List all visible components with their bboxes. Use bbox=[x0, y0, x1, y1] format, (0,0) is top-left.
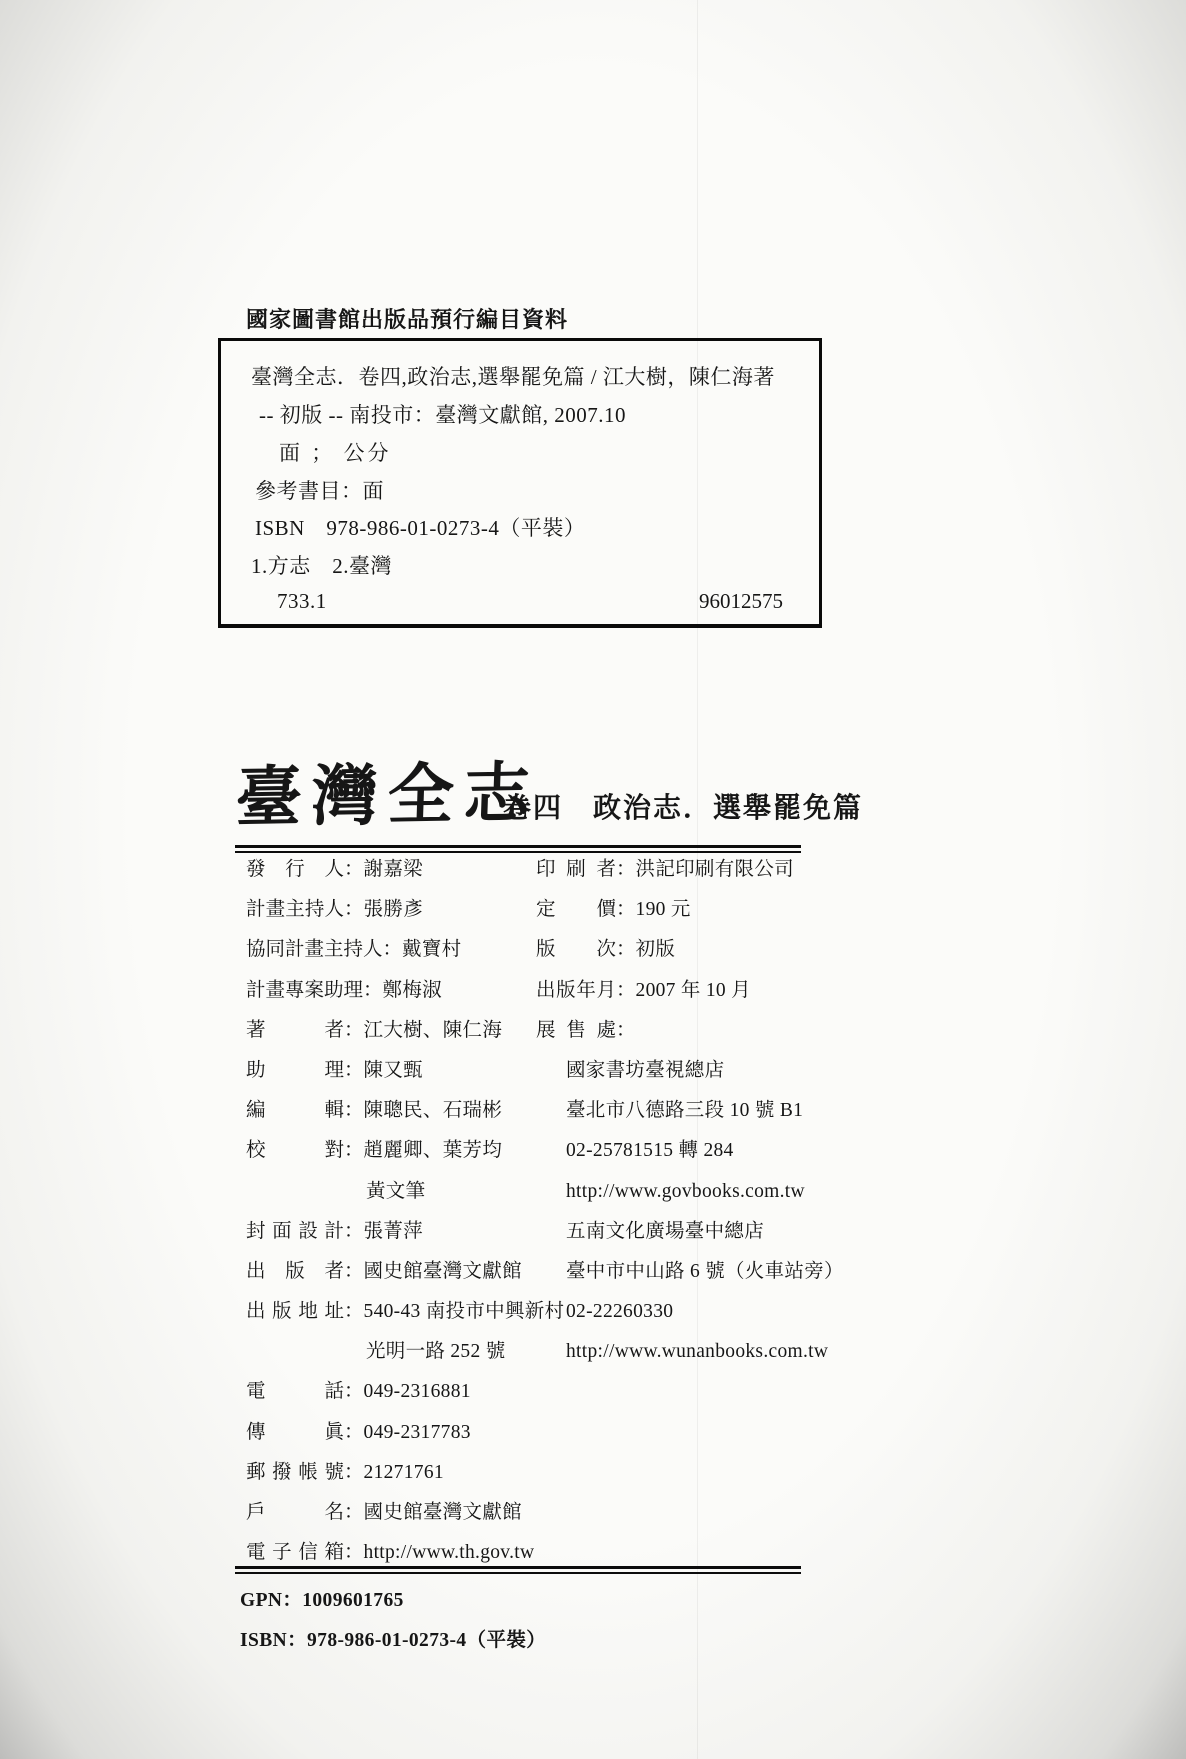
field-label: 出版者 bbox=[246, 1258, 344, 1286]
field-label: 計畫主持人 bbox=[246, 896, 344, 924]
row-publisher-address: 出版地址：540-43 南投市中興新村 bbox=[246, 1298, 538, 1338]
field-value: 049-2316881 bbox=[364, 1378, 471, 1406]
book-title-calligraphy: 臺灣全志 bbox=[234, 739, 541, 839]
field-value: 謝嘉梁 bbox=[364, 856, 423, 884]
field-label: 校對 bbox=[246, 1137, 344, 1165]
field-value: 戴寶村 bbox=[402, 936, 461, 964]
field-value: 國史館臺灣文獻館 bbox=[364, 1499, 522, 1527]
field-label: 出版地址 bbox=[246, 1298, 344, 1326]
row-outlet2-name: 五南文化廣場臺中總店 bbox=[536, 1218, 836, 1258]
row-publisher-org: 出版者：國史館臺灣文獻館 bbox=[246, 1258, 538, 1298]
volume-subtitle: 卷四 政治志．選舉罷免篇 bbox=[503, 786, 863, 826]
cip-subject-tracings: 1.方志 2.臺灣 bbox=[251, 550, 392, 580]
field-label: 印刷者 bbox=[536, 856, 616, 884]
cip-bibliography-note: 參考書目：面 bbox=[255, 475, 384, 505]
field-label: 出版年月 bbox=[536, 977, 616, 1005]
row-publisher-person: 發行人：謝嘉梁 bbox=[246, 856, 538, 896]
row-authors: 著者：江大樹、陳仁海 bbox=[246, 1017, 538, 1057]
field-value: 光明一路 252 號 bbox=[366, 1338, 506, 1366]
row-outlet2-phone: 02-22260330 bbox=[536, 1298, 836, 1338]
row-publisher-address-cont: 光明一路 252 號 bbox=[246, 1338, 538, 1378]
row-project-director: 計畫主持人：張勝彥 bbox=[246, 896, 538, 936]
separator: ： bbox=[616, 856, 636, 884]
separator: ： bbox=[344, 856, 364, 884]
scanned-colophon-page: 國家圖書館出版品預行編目資料 臺灣全志．卷四,政治志,選舉罷免篇 / 江大樹，陳… bbox=[0, 0, 1186, 1759]
field-value: 五南文化廣場臺中總店 bbox=[566, 1218, 764, 1246]
separator: ： bbox=[344, 896, 364, 924]
separator: ： bbox=[616, 896, 636, 924]
field-value: 國家書坊臺視總店 bbox=[566, 1057, 724, 1085]
cip-isbn: ISBN 978-986-01-0273-4（平裝） bbox=[255, 512, 585, 542]
row-outlet2-address: 臺中市中山路 6 號（火車站旁） bbox=[536, 1258, 836, 1298]
field-value: 張菁萍 bbox=[364, 1218, 423, 1246]
colophon-left-column: 發行人：謝嘉梁 計畫主持人：張勝彥 協同計畫主持人：戴寶村 計畫專案助理：鄭梅淑… bbox=[246, 856, 538, 1579]
cip-title-statement: 臺灣全志．卷四,政治志,選舉罷免篇 / 江大樹，陳仁海著 bbox=[251, 361, 775, 391]
separator: ： bbox=[344, 1298, 364, 1326]
separator: ： bbox=[344, 1378, 364, 1406]
separator: ： bbox=[344, 1017, 364, 1045]
field-label: 發行人 bbox=[246, 856, 344, 884]
isbn-number: ISBN：978-986-01-0273-4（平裝） bbox=[240, 1624, 546, 1652]
separator: ： bbox=[616, 936, 636, 964]
row-publication-date: 出版年月：2007 年 10 月 bbox=[536, 977, 836, 1017]
separator: ： bbox=[344, 1097, 364, 1125]
row-proofreaders-cont: 黃文筆 bbox=[246, 1178, 538, 1218]
separator: ： bbox=[344, 1057, 364, 1085]
field-label: 電話 bbox=[246, 1378, 344, 1406]
separator: ： bbox=[616, 977, 636, 1005]
row-outlet-url: http://www.govbooks.com.tw bbox=[536, 1178, 836, 1218]
field-value: 江大樹、陳仁海 bbox=[364, 1017, 503, 1045]
field-value: 540-43 南投市中興新村 bbox=[364, 1298, 565, 1326]
cip-class-number: 733.1 bbox=[277, 589, 327, 614]
field-value: http://www.wunanbooks.com.tw bbox=[566, 1338, 828, 1366]
row-editors: 編輯：陳聰民、石瑞彬 bbox=[246, 1097, 538, 1137]
field-label: 電子信箱 bbox=[246, 1539, 344, 1567]
separator: ： bbox=[344, 1419, 364, 1447]
row-co-director: 協同計畫主持人：戴寶村 bbox=[246, 936, 538, 976]
field-label: 定價 bbox=[536, 896, 616, 924]
separator: ： bbox=[344, 1499, 364, 1527]
field-value: 陳聰民、石瑞彬 bbox=[364, 1097, 503, 1125]
field-value: 洪記印刷有限公司 bbox=[636, 856, 794, 884]
field-value: 黃文筆 bbox=[366, 1178, 425, 1206]
separator: ： bbox=[344, 1258, 364, 1286]
field-label: 郵撥帳號 bbox=[246, 1459, 344, 1487]
cip-header: 國家圖書館出版品預行編目資料 bbox=[246, 303, 568, 334]
double-rule-top bbox=[235, 845, 801, 853]
field-value: 049-2317783 bbox=[364, 1419, 471, 1447]
field-value: 張勝彥 bbox=[364, 896, 423, 924]
field-value: 02-22260330 bbox=[566, 1298, 673, 1326]
row-outlet2-url: http://www.wunanbooks.com.tw bbox=[536, 1338, 836, 1378]
field-value: 臺北市八德路三段 10 號 B1 bbox=[566, 1097, 803, 1125]
field-value: 趙麗卿、葉芳均 bbox=[364, 1137, 503, 1165]
field-value: http://www.th.gov.tw bbox=[364, 1539, 535, 1567]
cip-physical-description: 面 ； 公分 bbox=[279, 437, 392, 467]
double-rule-bottom bbox=[235, 1566, 801, 1574]
field-label: 封面設計 bbox=[246, 1218, 344, 1246]
field-value: 國史館臺灣文獻館 bbox=[364, 1258, 522, 1286]
separator: ： bbox=[363, 977, 383, 1005]
field-value: 鄭梅淑 bbox=[383, 977, 442, 1005]
field-label: 展售處 bbox=[536, 1017, 616, 1045]
field-label: 版次 bbox=[536, 936, 616, 964]
gpn-number: GPN：1009601765 bbox=[240, 1584, 404, 1612]
row-outlet-phone: 02-25781515 轉 284 bbox=[536, 1137, 836, 1177]
separator: ： bbox=[344, 1539, 364, 1567]
separator: ： bbox=[616, 1017, 636, 1045]
row-postal-account: 郵撥帳號：21271761 bbox=[246, 1459, 538, 1499]
colophon-right-column: 印刷者：洪記印刷有限公司 定價：190 元 版次：初版 出版年月：2007 年 … bbox=[536, 856, 836, 1378]
field-label: 協同計畫主持人 bbox=[246, 936, 383, 964]
row-outlet-name: 國家書坊臺視總店 bbox=[536, 1057, 836, 1097]
field-value: 02-25781515 轉 284 bbox=[566, 1137, 734, 1165]
row-telephone: 電話：049-2316881 bbox=[246, 1378, 538, 1418]
row-assistant: 助理：陳又甄 bbox=[246, 1057, 538, 1097]
row-proofreaders: 校對：趙麗卿、葉芳均 bbox=[246, 1137, 538, 1177]
row-project-assistant: 計畫專案助理：鄭梅淑 bbox=[246, 977, 538, 1017]
field-value: 臺中市中山路 6 號（火車站旁） bbox=[566, 1258, 844, 1286]
field-value: 21271761 bbox=[364, 1459, 444, 1487]
row-account-name: 戶名：國史館臺灣文獻館 bbox=[246, 1499, 538, 1539]
row-edition: 版次：初版 bbox=[536, 936, 836, 976]
field-label: 編輯 bbox=[246, 1097, 344, 1125]
field-value: http://www.govbooks.com.tw bbox=[566, 1178, 805, 1206]
field-value: 陳又甄 bbox=[364, 1057, 423, 1085]
separator: ： bbox=[383, 936, 403, 964]
row-sales-outlets: 展售處： bbox=[536, 1017, 836, 1057]
field-value: 2007 年 10 月 bbox=[636, 977, 751, 1005]
row-price: 定價：190 元 bbox=[536, 896, 836, 936]
separator: ： bbox=[344, 1137, 364, 1165]
cip-record-number: 96012575 bbox=[699, 589, 783, 614]
field-value: 190 元 bbox=[636, 896, 691, 924]
field-value: 初版 bbox=[636, 936, 676, 964]
row-outlet-address: 臺北市八德路三段 10 號 B1 bbox=[536, 1097, 836, 1137]
cip-box: 臺灣全志．卷四,政治志,選舉罷免篇 / 江大樹，陳仁海著 -- 初版 -- 南投… bbox=[218, 338, 822, 628]
row-fax: 傳眞：049-2317783 bbox=[246, 1419, 538, 1459]
row-printer: 印刷者：洪記印刷有限公司 bbox=[536, 856, 836, 896]
field-label: 傳眞 bbox=[246, 1419, 344, 1447]
cip-edition-imprint: -- 初版 -- 南投市：臺灣文獻館, 2007.10 bbox=[259, 399, 626, 429]
separator: ： bbox=[344, 1218, 364, 1246]
row-cover-design: 封面設計：張菁萍 bbox=[246, 1218, 538, 1258]
field-label: 計畫專案助理 bbox=[246, 977, 363, 1005]
field-label: 助理 bbox=[246, 1057, 344, 1085]
separator: ： bbox=[344, 1459, 364, 1487]
field-label: 著者 bbox=[246, 1017, 344, 1045]
field-label: 戶名 bbox=[246, 1499, 344, 1527]
